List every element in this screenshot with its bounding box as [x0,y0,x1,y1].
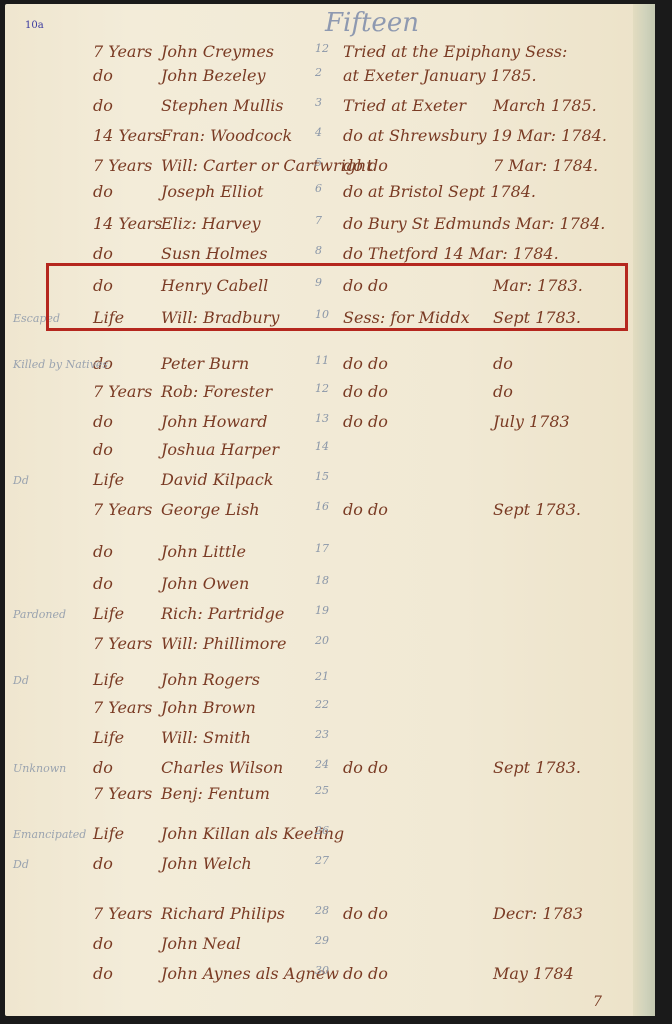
term-cell: do [93,758,113,777]
page-edge [633,4,655,1016]
number-cell: 29 [315,934,329,947]
number-cell: 13 [315,412,329,425]
date-cell: do [493,382,513,401]
name-cell: George Lish [161,500,260,519]
date-cell: do [493,354,513,373]
name-cell: Joseph Elliot [161,182,263,201]
term-cell: Life [93,670,124,689]
court-cell: do do [343,500,388,519]
name-cell: Charles Wilson [161,758,283,777]
date-cell: July 1783 [493,412,570,431]
court-cell: Tried at Exeter [343,96,466,115]
number-cell: 22 [315,698,329,711]
number-cell: 24 [315,758,329,771]
court-cell: do do [343,964,388,983]
term-cell: 14 Years [93,214,162,233]
number-cell: 11 [315,354,329,367]
court-cell: do do [343,382,388,401]
court-cell: at Exeter January 1785. [343,66,537,85]
number-cell: 3 [315,96,322,109]
manuscript-page: 10a Fifteen 7 YearsJohn Creymes12Tried a… [5,4,655,1016]
term-cell: 14 Years [93,126,162,145]
term-cell: do [93,574,113,593]
name-cell: Will: Phillimore [161,634,286,653]
term-cell: 7 Years [93,698,152,717]
name-cell: John Welch [161,854,252,873]
term-cell: do [93,96,113,115]
term-cell: do [93,412,113,431]
margin-note: Emancipated [13,828,86,841]
name-cell: John Bezeley [161,66,266,85]
name-cell: David Kilpack [161,470,273,489]
number-cell: 21 [315,670,329,683]
number-cell: 28 [315,904,329,917]
term-cell: 7 Years [93,156,152,175]
name-cell: Susn Holmes [161,244,267,263]
term-cell: Life [93,824,124,843]
highlight-box [46,263,628,331]
name-cell: Rich: Partridge [161,604,284,623]
term-cell: Life [93,604,124,623]
date-cell: Decr: 1783 [493,904,583,923]
margin-note: Killed by Natives [13,358,108,371]
name-cell: Will: Smith [161,728,251,747]
name-cell: Will: Carter or Cartwright [161,156,373,175]
number-cell: 25 [315,784,329,797]
court-cell: do at Shrewsbury 19 Mar: 1784. [343,126,607,145]
court-cell: Tried at the Epiphany Sess: [343,42,567,61]
number-cell: 27 [315,854,329,867]
margin-note: Dd [13,858,29,871]
term-cell: do [93,182,113,201]
number-cell: 16 [315,500,329,513]
date-cell: Sept 1783. [493,500,581,519]
name-cell: Joshua Harper [161,440,279,459]
term-cell: 7 Years [93,382,152,401]
court-cell: do do [343,156,388,175]
margin-note: Dd [13,474,29,487]
term-cell: 7 Years [93,784,152,803]
number-cell: 14 [315,440,329,453]
number-cell: 8 [315,244,322,257]
number-cell: 6 [315,182,322,195]
name-cell: Richard Philips [161,904,285,923]
number-cell: 12 [315,382,329,395]
margin-note: Unknown [13,762,66,775]
court-cell: do Thetford 14 Mar: 1784. [343,244,559,263]
term-cell: 7 Years [93,42,152,61]
court-cell: do do [343,412,388,431]
number-cell: 23 [315,728,329,741]
margin-note: Pardoned [13,608,66,621]
term-cell: 7 Years [93,904,152,923]
margin-note: Dd [13,674,29,687]
court-cell: do do [343,758,388,777]
number-cell: 19 [315,604,329,617]
number-cell: 2 [315,66,322,79]
name-cell: Benj: Fentum [161,784,270,803]
page-number: 7 [593,994,602,1010]
term-cell: Life [93,470,124,489]
name-cell: Eliz: Harvey [161,214,261,233]
date-cell: Sept 1783. [493,758,581,777]
number-cell: 26 [315,824,329,837]
corner-reference: 10a [25,20,44,31]
court-cell: do do [343,904,388,923]
term-cell: do [93,440,113,459]
court-cell: do do [343,354,388,373]
name-cell: John Creymes [161,42,274,61]
name-cell: John Owen [161,574,249,593]
pencil-heading: Fifteen [325,8,419,38]
number-cell: 12 [315,42,329,55]
name-cell: John Brown [161,698,256,717]
court-cell: do at Bristol Sept 1784. [343,182,536,201]
name-cell: John Howard [161,412,267,431]
date-cell: May 1784 [493,964,574,983]
term-cell: 7 Years [93,634,152,653]
term-cell: do [93,934,113,953]
date-cell: 7 Mar: 1784. [493,156,598,175]
name-cell: John Neal [161,934,241,953]
number-cell: 7 [315,214,322,227]
term-cell: do [93,854,113,873]
term-cell: do [93,542,113,561]
term-cell: 7 Years [93,500,152,519]
number-cell: 5 [315,156,322,169]
term-cell: do [93,66,113,85]
term-cell: do [93,244,113,263]
name-cell: John Rogers [161,670,260,689]
number-cell: 17 [315,542,329,555]
name-cell: Rob: Forester [161,382,272,401]
number-cell: 18 [315,574,329,587]
name-cell: John Aynes als Agnew [161,964,339,983]
name-cell: Fran: Woodcock [161,126,292,145]
number-cell: 20 [315,634,329,647]
term-cell: Life [93,728,124,747]
name-cell: John Little [161,542,246,561]
number-cell: 30 [315,964,329,977]
court-cell: do Bury St Edmunds Mar: 1784. [343,214,605,233]
term-cell: do [93,964,113,983]
date-cell: March 1785. [493,96,597,115]
name-cell: Stephen Mullis [161,96,284,115]
number-cell: 4 [315,126,322,139]
name-cell: Peter Burn [161,354,249,373]
number-cell: 15 [315,470,329,483]
